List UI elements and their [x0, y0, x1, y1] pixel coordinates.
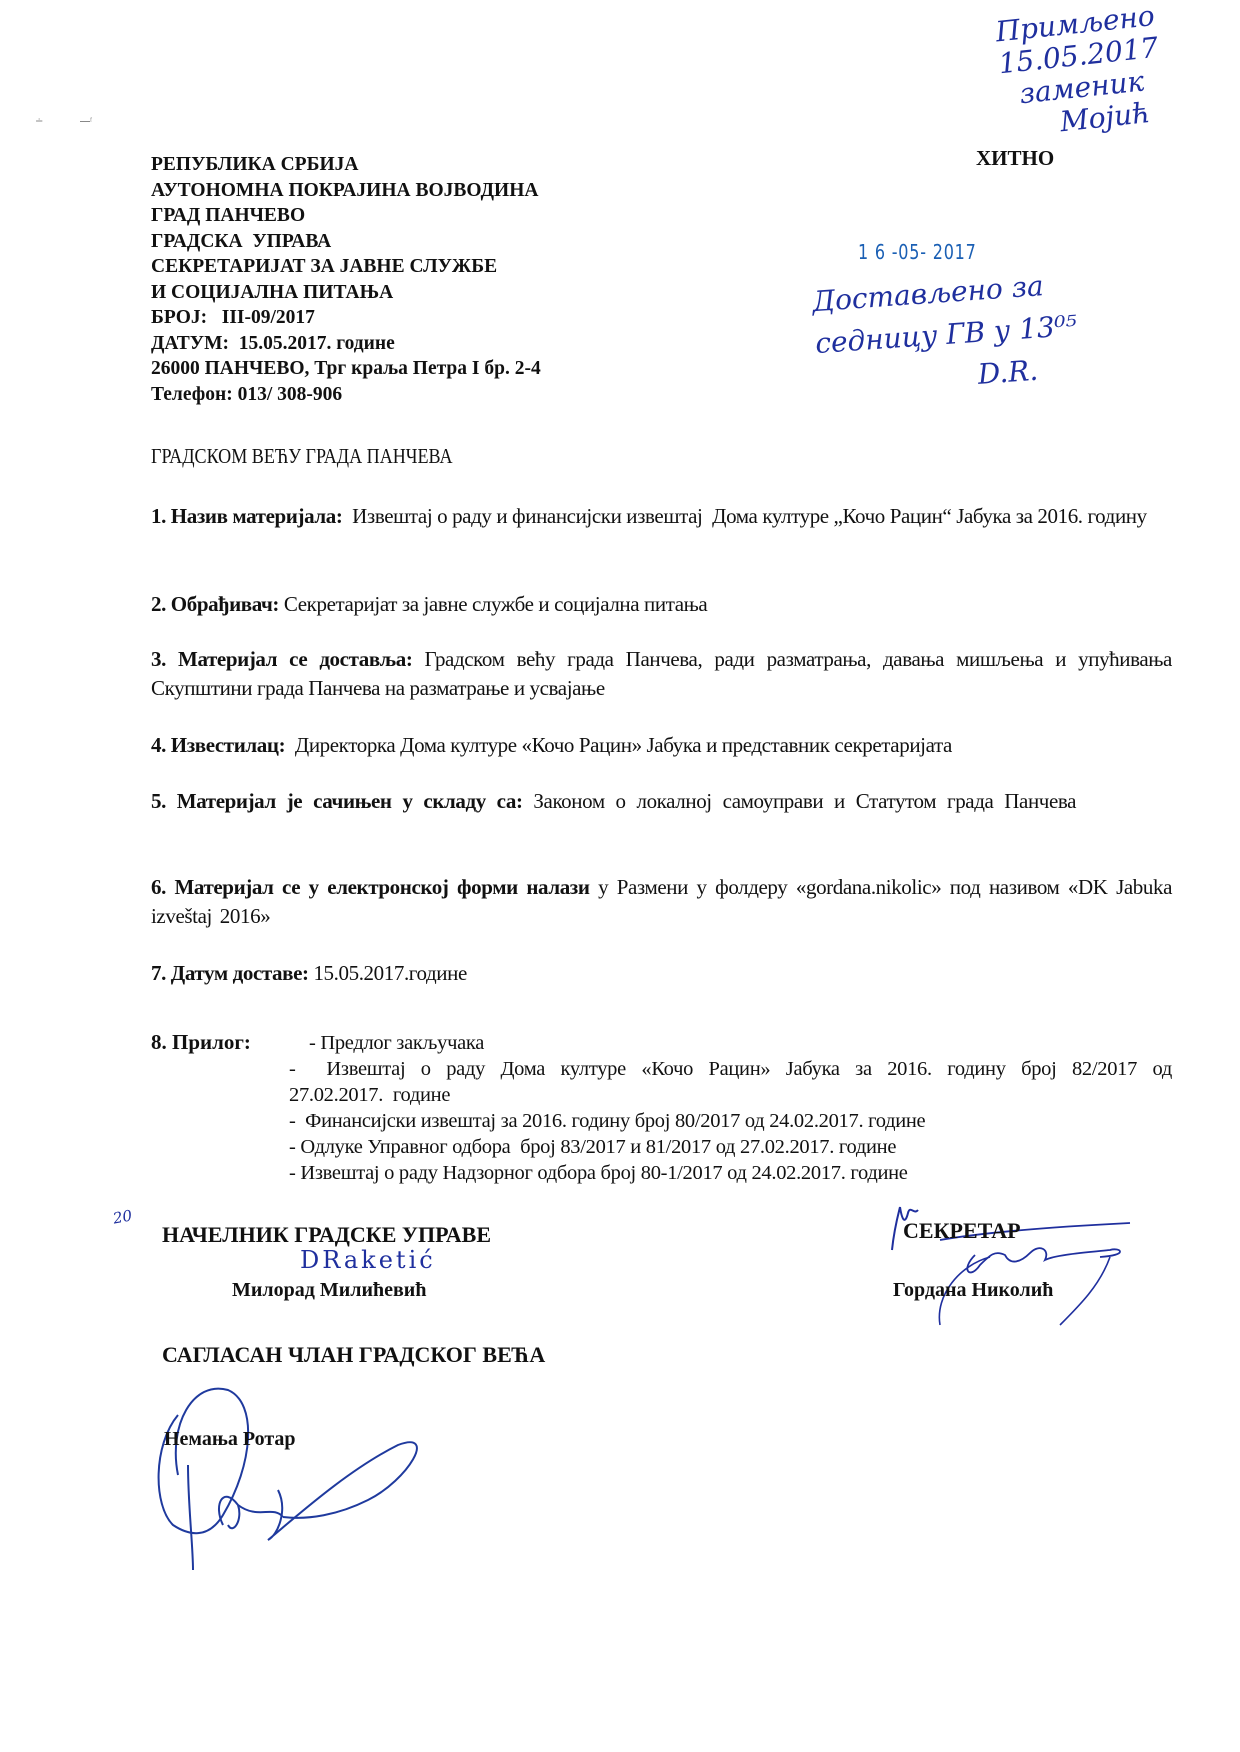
- item-text: Секретаријат за јавне службе и социјална…: [279, 592, 707, 616]
- item-processor: 2. Обрађивач: Секретаријат за јавне служ…: [151, 590, 1172, 619]
- attachments-list: - Предлог закључака - Извештај о раду До…: [289, 1030, 1172, 1186]
- item-delivery-date: 7. Датум доставе: 15.05.2017.године: [151, 959, 1172, 988]
- head-of-administration-title: НАЧЕЛНИК ГРАДСКЕ УПРАВЕ: [162, 1222, 491, 1248]
- sender-header: РЕПУБЛИКА СРБИЈА АУТОНОМНА ПОКРАЈИНА ВОЈ…: [151, 152, 541, 407]
- addressee: ГРАДСКОМ ВЕЋУ ГРАДА ПАНЧЕВА: [151, 444, 453, 469]
- item-material-name: 1. Назив материјала: Извештај о раду и ф…: [151, 502, 1172, 531]
- attachment-entry: - Финансијски извештај за 2016. годину б…: [289, 1108, 1172, 1134]
- head-signature-handwritten: DRaketić: [300, 1246, 436, 1274]
- attachment-entry: - Одлуке Управног одбора број 83/2017 и …: [289, 1134, 1172, 1160]
- header-line: РЕПУБЛИКА СРБИЈА: [151, 152, 541, 178]
- secretary-signature-icon: [880, 1195, 1140, 1325]
- margin-initials: 20: [112, 1206, 134, 1227]
- attachment-entry: - Извештај о раду Надзорног одбора број …: [289, 1160, 1172, 1186]
- item-text: 15.05.2017.године: [309, 961, 467, 985]
- address: 26000 ПАНЧЕВО, Трг краља Петра I бр. 2-4: [151, 356, 541, 382]
- council-member-name: Немања Ротар: [164, 1428, 296, 1451]
- attachments-label: 8. Прилог:: [151, 1030, 251, 1055]
- item-electronic-location: 6. Материјал се у електронској форми нал…: [151, 873, 1172, 931]
- item-label: 7. Датум доставе:: [151, 961, 309, 985]
- received-note-handwriting: Примљено 15.05.2017 заменик Мојић: [994, 0, 1167, 144]
- item-rapporteur: 4. Известилац: Директорка Дома културе «…: [151, 731, 1172, 760]
- document-number: БРОЈ: III-09/2017: [151, 305, 541, 331]
- header-line: АУТОНОМНА ПОКРАЈИНА ВОЈВОДИНА: [151, 178, 541, 204]
- urgent-label: ХИТНО: [976, 146, 1054, 171]
- item-legal-basis: 5. Материјал је сачињен у складу са: Зак…: [151, 787, 1172, 816]
- secretary-title: СЕКРЕТАР: [903, 1218, 1021, 1244]
- item-delivered-to: 3. Материјал се доставља: Градском већу …: [151, 645, 1172, 703]
- item-label: 6. Материјал се у електронској форми нал…: [151, 875, 590, 899]
- received-date-stamp: 1 6 -05- 2017: [858, 240, 977, 264]
- secretary-name: Гордана Николић: [893, 1279, 1053, 1302]
- item-label: 2. Обрађивач:: [151, 592, 279, 616]
- document-date: ДАТУМ: 15.05.2017. године: [151, 331, 541, 357]
- item-text: Законом о локалној самоуправи и Статутом…: [523, 789, 1077, 813]
- item-label: 1. Назив материјала:: [151, 504, 342, 528]
- head-of-administration-name: Милорад Милићевић: [232, 1279, 426, 1302]
- header-line: СЕКРЕТАРИЈАТ ЗА ЈАВНЕ СЛУЖБЕ: [151, 254, 541, 280]
- header-line: ГРАДСКА УПРАВА: [151, 229, 541, 255]
- item-text: Директорка Дома културе «Кочо Рацин» Јаб…: [285, 733, 952, 757]
- attachment-entry: - Извештај о раду Дома културе «Кочо Рац…: [289, 1056, 1172, 1108]
- header-line: ГРАД ПАНЧЕВО: [151, 203, 541, 229]
- council-member-signature-icon: [148, 1385, 448, 1575]
- item-text: Извештај о раду и финансијски извештај Д…: [342, 504, 1146, 528]
- phone: Телефон: 013/ 308-906: [151, 382, 541, 408]
- item-label: 5. Материјал је сачињен у складу са:: [151, 789, 523, 813]
- item-label: 4. Известилац:: [151, 733, 285, 757]
- item-label: 3. Материјал се доставља:: [151, 647, 412, 671]
- council-member-title: САГЛАСАН ЧЛАН ГРАДСКОГ ВЕЋА: [162, 1342, 545, 1368]
- header-line: И СОЦИЈАЛНА ПИТАЊА: [151, 280, 541, 306]
- attachment-entry: - Предлог закључака: [289, 1030, 1172, 1056]
- delivery-note-handwriting: Достављено за седницу ГВ у 13⁰⁵ D.R.: [811, 263, 1082, 407]
